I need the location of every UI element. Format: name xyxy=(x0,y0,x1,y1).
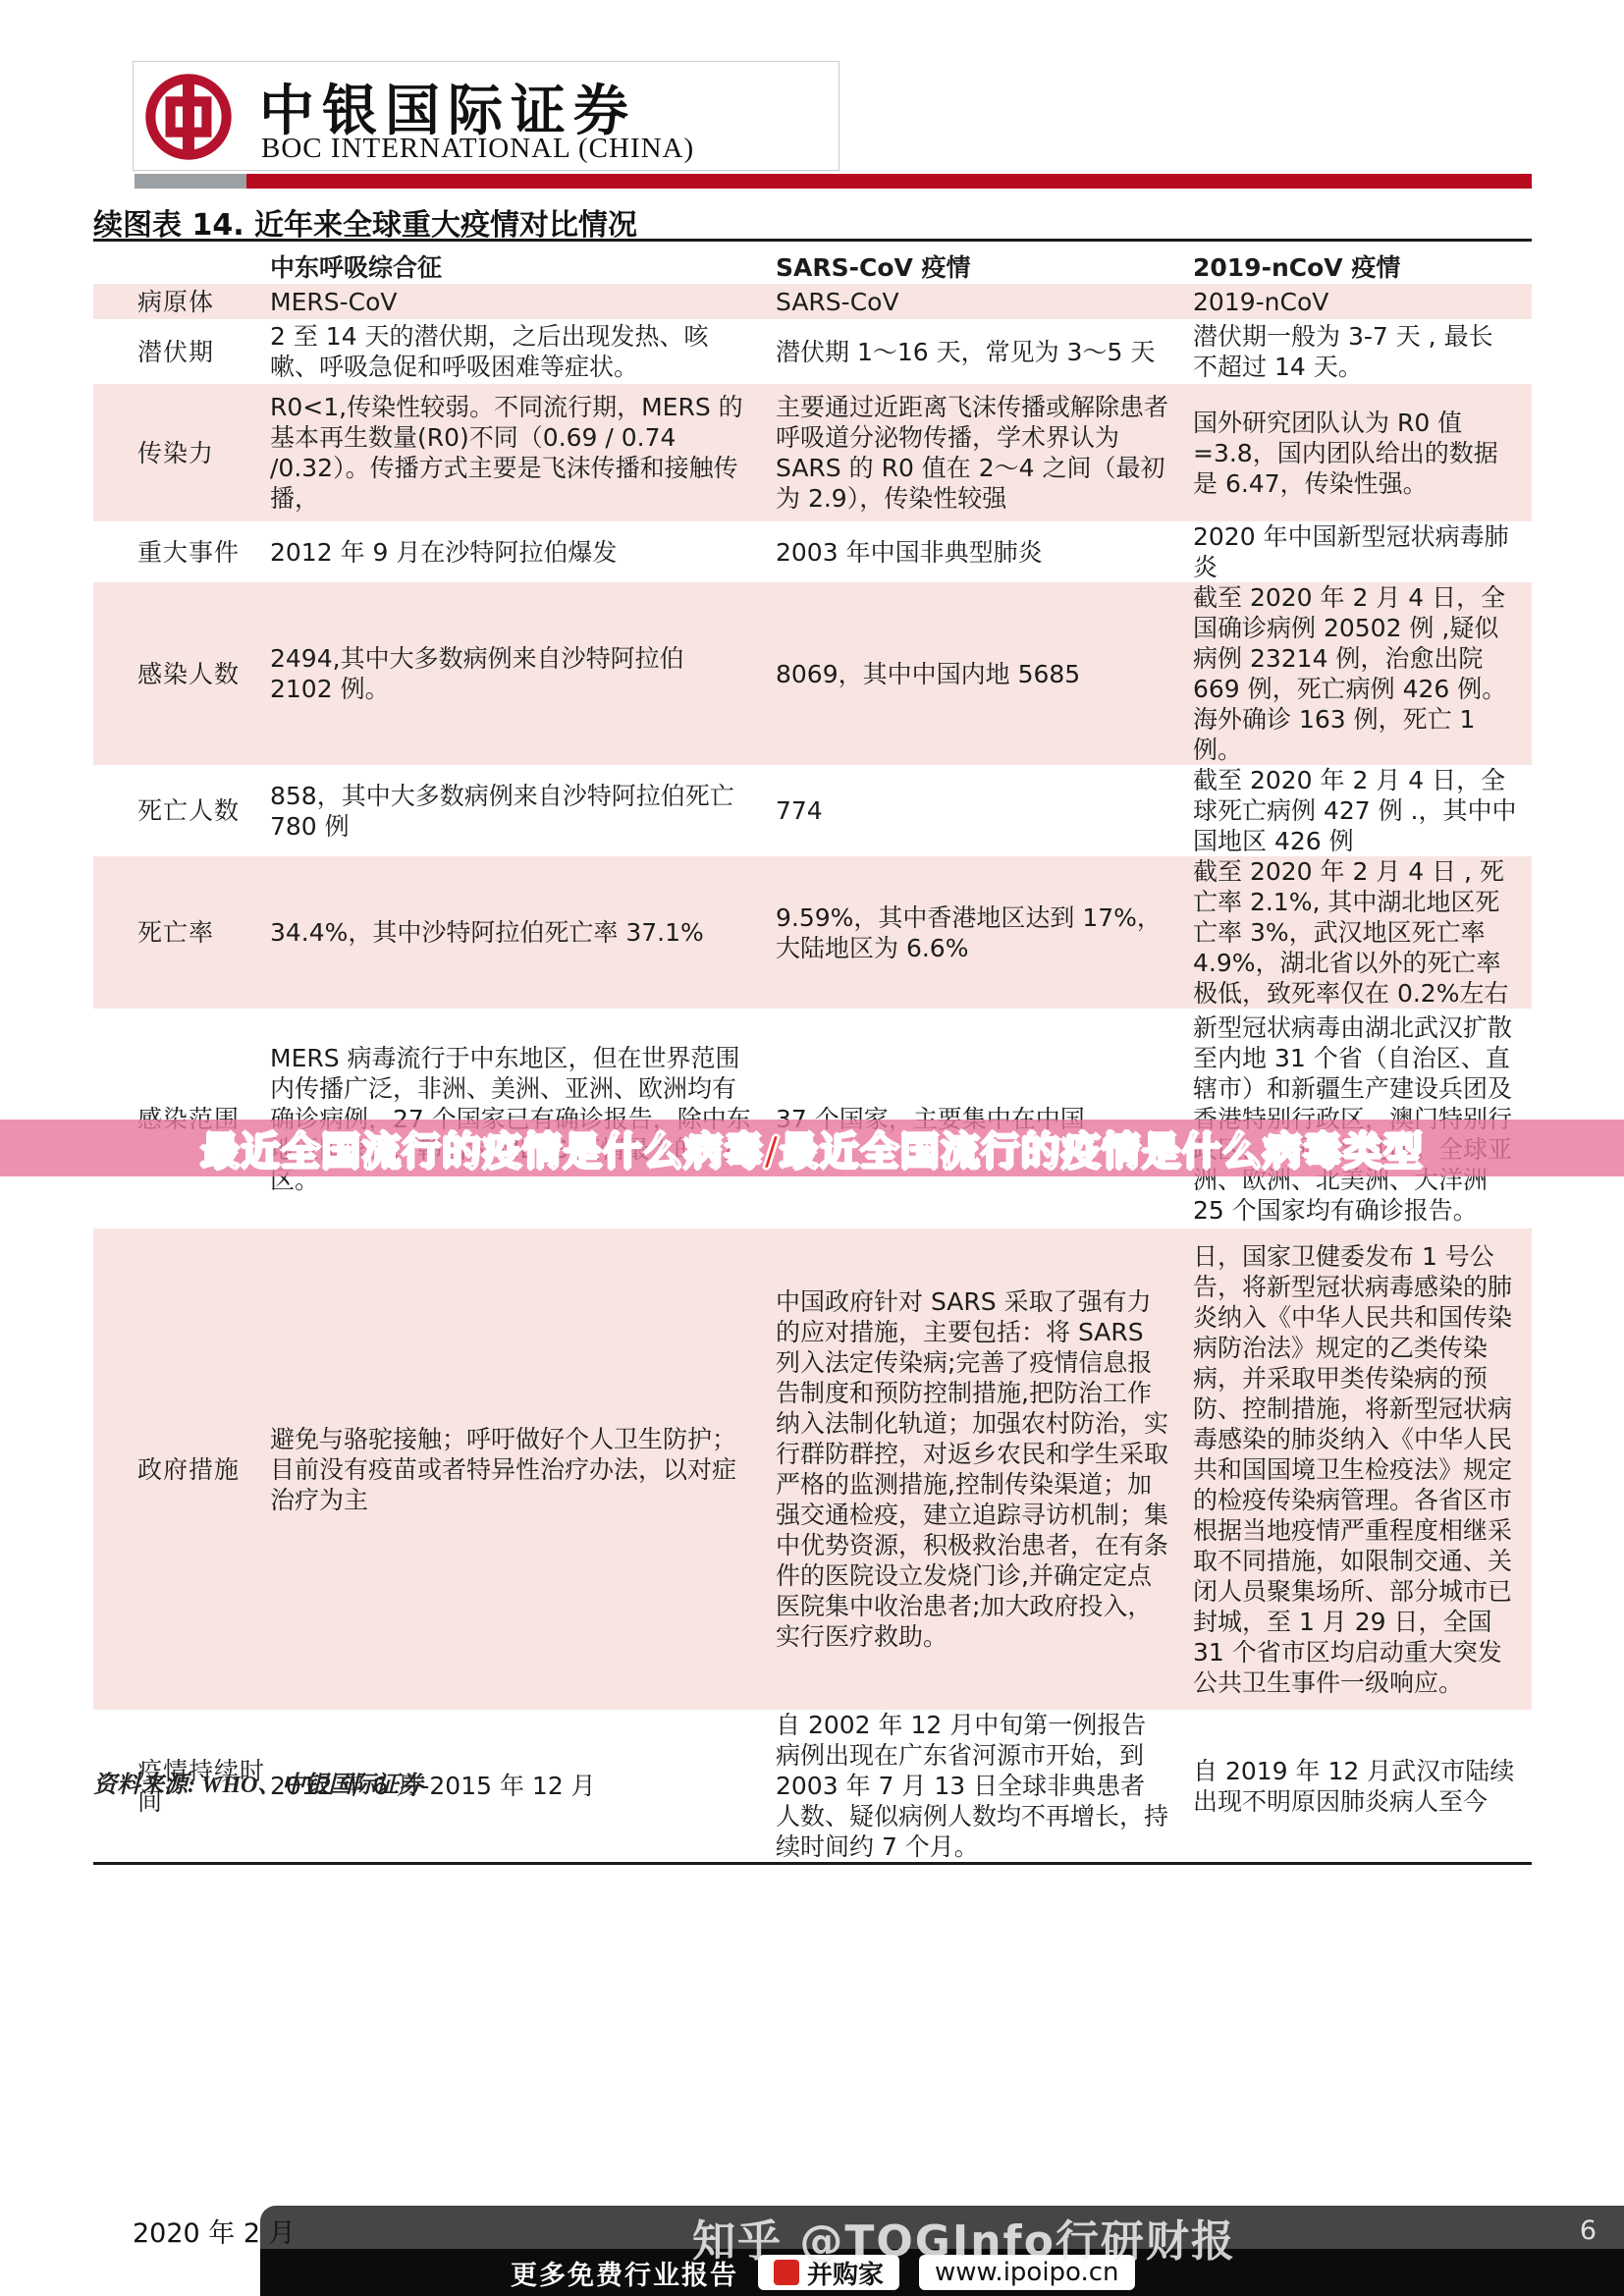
zhihu-watermark: 知乎 @TOGInfo行研财报 xyxy=(692,2206,1236,2269)
source-note: 资料来源: WHO、中银国际证券 xyxy=(93,1765,422,1799)
cell-ncov: 2020 年中国新型冠状病毒肺炎 xyxy=(1193,521,1532,582)
table-row-pathogen: 病原体 MERS-CoV SARS-CoV 2019-nCoV xyxy=(93,284,1532,319)
table-header-row: 中东呼吸综合征 SARS-CoV 疫情 2019-nCoV 疫情 xyxy=(93,250,1532,284)
cell-sars: 潜伏期 1～16 天，常见为 3～5 天 xyxy=(776,319,1193,384)
cell-ncov: 2019-nCoV xyxy=(1193,284,1532,319)
epidemic-comparison-table: 中东呼吸综合征 SARS-CoV 疫情 2019-nCoV 疫情 病原体 MER… xyxy=(93,239,1532,1865)
cell-mers: MERS 病毒流行于中东地区，但在世界范围内传播广泛，非洲、美洲、亚洲、欧洲均有… xyxy=(270,1009,776,1229)
brand-name-en: BOC INTERNATIONAL (CHINA) xyxy=(261,133,694,165)
cell-ncov: 日，国家卫健委发布 1 号公告，将新型冠状病毒感染的肺炎纳入《中华人民共和国传染… xyxy=(1193,1229,1532,1710)
header-mers: 中东呼吸综合征 xyxy=(270,250,776,284)
seo-watermark-band: 最近全国流行的疫情是什么病毒/最近全国流行的疫情是什么病毒类型 xyxy=(0,1120,1624,1176)
cell-sars: 9.59%，其中香港地区达到 17%，大陆地区为 6.6% xyxy=(776,856,1193,1009)
table-row-transmissibility: 传染力 R0<1,传染性较弱。不同流行期，MERS 的基本再生数量(R0)不同（… xyxy=(93,384,1532,521)
table-row-deaths: 死亡人数 858，其中大多数病例来自沙特阿拉伯死亡 780 例 774 截至 2… xyxy=(93,765,1532,856)
cell-ncov: 截至 2020 年 2 月 4 日，全国确诊病例 20502 例 ,疑似病例 2… xyxy=(1193,582,1532,765)
cell-sars: 8069，其中中国内地 5685 xyxy=(776,582,1193,765)
cell-sars: SARS-CoV xyxy=(776,284,1193,319)
cell-ncov: 潜伏期一般为 3-7 天 , 最长不超过 14 天。 xyxy=(1193,319,1532,384)
boc-logo-icon xyxy=(143,72,234,162)
brand-logo-block: 中银国际证券 BOC INTERNATIONAL (CHINA) xyxy=(133,61,839,171)
header-rule-red xyxy=(246,174,1532,189)
cell-mers: 2494,其中大多数病例来自沙特阿拉伯 2102 例。 xyxy=(270,582,776,765)
cell-sars: 自 2002 年 12 月中旬第一例报告病例出现在广东省河源市开始，到 2003… xyxy=(776,1710,1193,1862)
header-sars: SARS-CoV 疫情 xyxy=(776,250,1193,284)
cell-mers: 858，其中大多数病例来自沙特阿拉伯死亡 780 例 xyxy=(270,765,776,856)
figure-title: 续图表 14. 近年来全球重大疫情对比情况 xyxy=(93,200,637,244)
cell-mers: 避免与骆驼接触；呼吁做好个人卫生防护；目前没有疫苗或者特异性治疗办法，以对症治疗… xyxy=(270,1229,776,1710)
table-row-government-measures: 政府措施 避免与骆驼接触；呼吁做好个人卫生防护；目前没有疫苗或者特异性治疗办法，… xyxy=(93,1229,1532,1710)
table-row-fatality-rate: 死亡率 34.4%，其中沙特阿拉伯死亡率 37.1% 9.59%，其中香港地区达… xyxy=(93,856,1532,1009)
row-label: 重大事件 xyxy=(93,521,270,582)
row-label: 病原体 xyxy=(93,284,270,319)
table-row-major-event: 重大事件 2012 年 9 月在沙特阿拉伯爆发 2003 年中国非典型肺炎 20… xyxy=(93,521,1532,582)
header-blank xyxy=(93,250,270,284)
row-label: 感染人数 xyxy=(93,582,270,765)
cell-sars: 37 个国家，主要集中在中国 xyxy=(776,1009,1193,1229)
table-row-infections: 感染人数 2494,其中大多数病例来自沙特阿拉伯 2102 例。 8069，其中… xyxy=(93,582,1532,765)
cell-mers: R0<1,传染性较弱。不同流行期，MERS 的基本再生数量(R0)不同（0.69… xyxy=(270,384,776,521)
cell-sars: 中国政府针对 SARS 采取了强有力的应对措施，主要包括：将 SARS 列入法定… xyxy=(776,1229,1193,1710)
cell-mers: 34.4%，其中沙特阿拉伯死亡率 37.1% xyxy=(270,856,776,1009)
header-ncov: 2019-nCoV 疫情 xyxy=(1193,250,1532,284)
cell-ncov: 截至 2020 年 2 月 4 日 , 死亡率 2.1%, 其中湖北地区死亡率 … xyxy=(1193,856,1532,1009)
cell-mers: 2 至 14 天的潜伏期，之后出现发热、咳嗽、呼吸急促和呼吸困难等症状。 xyxy=(270,319,776,384)
row-label: 传染力 xyxy=(93,384,270,521)
page-number: 6 xyxy=(1580,2215,1597,2246)
row-label: 政府措施 xyxy=(93,1229,270,1710)
header-rule-gray xyxy=(135,174,246,189)
cell-mers: MERS-CoV xyxy=(270,284,776,319)
cell-ncov: 国外研究团队认为 R0 值=3.8，国内团队给出的数据是 6.47，传染性强。 xyxy=(1193,384,1532,521)
report-page: 中银国际证券 BOC INTERNATIONAL (CHINA) 续图表 14.… xyxy=(0,0,1624,2296)
row-label: 潜伏期 xyxy=(93,319,270,384)
cell-sars: 774 xyxy=(776,765,1193,856)
cell-sars: 2003 年中国非典型肺炎 xyxy=(776,521,1193,582)
cell-mers: 2012 年 9 月在沙特阿拉伯爆发 xyxy=(270,521,776,582)
footer-date: 2020 年 2 月 xyxy=(133,2212,296,2250)
row-label: 感染范围 xyxy=(93,1009,270,1229)
table-row-geographic-scope: 感染范围 MERS 病毒流行于中东地区，但在世界范围内传播广泛，非洲、美洲、亚洲… xyxy=(93,1009,1532,1229)
cell-ncov: 新型冠状病毒由湖北武汉扩散至内地 31 个省（自治区、直辖市）和新疆生产建设兵团… xyxy=(1193,1009,1532,1229)
row-label: 死亡人数 xyxy=(93,765,270,856)
cell-sars: 主要通过近距离飞沫传播或解除患者呼吸道分泌物传播，学术界认为 SARS 的 R0… xyxy=(776,384,1193,521)
cell-ncov: 截至 2020 年 2 月 4 日，全球死亡病例 427 例 .，其中中国地区 … xyxy=(1193,765,1532,856)
table-row-incubation: 潜伏期 2 至 14 天的潜伏期，之后出现发热、咳嗽、呼吸急促和呼吸困难等症状。… xyxy=(93,319,1532,384)
cell-ncov: 自 2019 年 12 月武汉市陆续出现不明原因肺炎病人至今 xyxy=(1193,1710,1532,1862)
row-label: 死亡率 xyxy=(93,856,270,1009)
seo-watermark-text: 最近全国流行的疫情是什么病毒/最近全国流行的疫情是什么病毒类型 xyxy=(200,1121,1424,1176)
